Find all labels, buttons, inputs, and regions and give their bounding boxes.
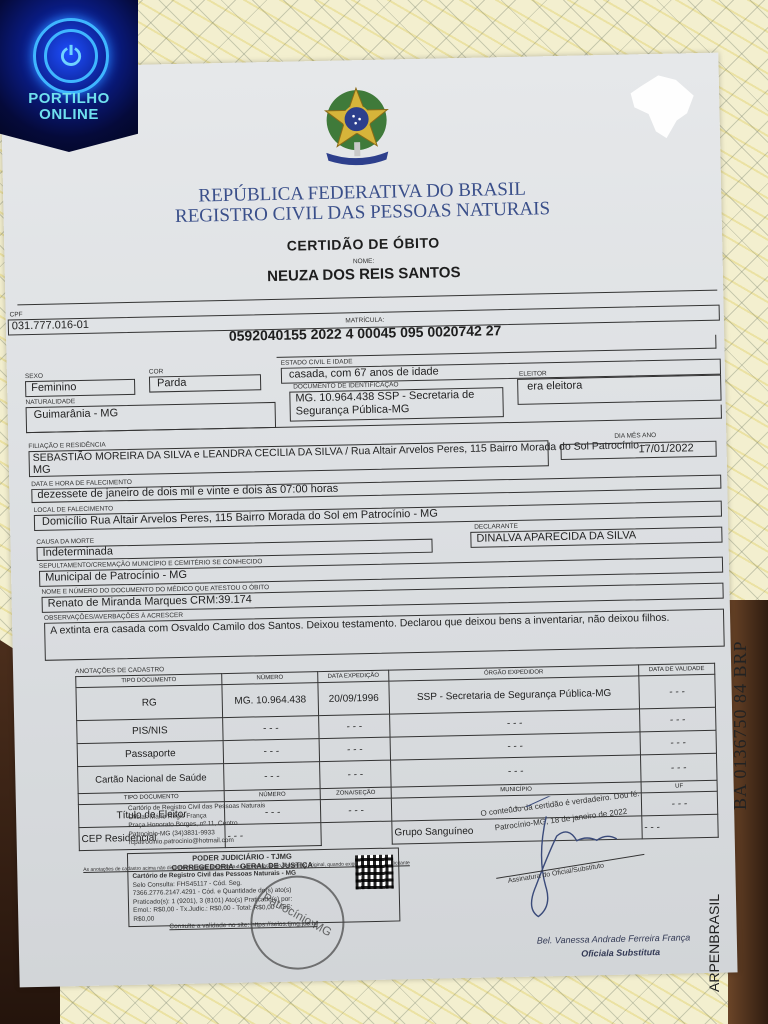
cor-label: COR <box>149 368 164 375</box>
notary-seal-stamp: Patrocínio MG <box>249 875 345 971</box>
causa-label: CAUSA DA MORTE <box>36 538 94 546</box>
power-icon: ⏻ <box>47 32 95 80</box>
death-certificate: REPÚBLICA FEDERATIVA DO BRASIL REGISTRO … <box>0 53 737 988</box>
naturalidade-label: NATURALIDADE <box>25 398 75 406</box>
logo-text-line1: PORTILHO <box>0 90 138 107</box>
sexo-label: SEXO <box>25 373 43 380</box>
arpen-brand: ARPENBRASIL <box>706 894 722 992</box>
security-strip: BA 0136750 84 BRP ARPENBRASIL <box>700 620 760 1000</box>
cartorio-info: Cartório de Registro Civil das Pessoas N… <box>128 802 266 847</box>
logo-text-line2: ONLINE <box>0 106 138 123</box>
eleitor-value: era eleitora <box>527 380 582 393</box>
cpf-label: CPF <box>10 311 23 318</box>
signer-title: Oficiala Substituta <box>581 948 660 958</box>
signature <box>506 795 629 927</box>
logo-ring: ⏻ <box>33 18 109 94</box>
cor-value: Parda <box>157 377 187 390</box>
coat-of-arms-icon <box>319 81 395 169</box>
causa-value: Indeterminada <box>42 545 113 558</box>
serial-number: BA 0136750 84 BRP <box>730 640 751 810</box>
filiacao-line2: MG <box>33 464 51 476</box>
death-date-value: 17/01/2022 <box>638 442 693 455</box>
qr-code[interactable] <box>355 855 394 890</box>
watermark-logo: ⏻ PORTILHO ONLINE <box>0 0 138 152</box>
brazil-map-icon <box>627 71 698 142</box>
sexo-value: Feminino <box>31 381 76 394</box>
signer-name: Bel. Vanessa Andrade Ferreira França <box>537 933 691 945</box>
eleitor-label: ELEITOR <box>519 370 547 378</box>
declarante-label: DECLARANTE <box>474 523 518 531</box>
date-label: DIA MÊS ANO <box>614 432 656 440</box>
